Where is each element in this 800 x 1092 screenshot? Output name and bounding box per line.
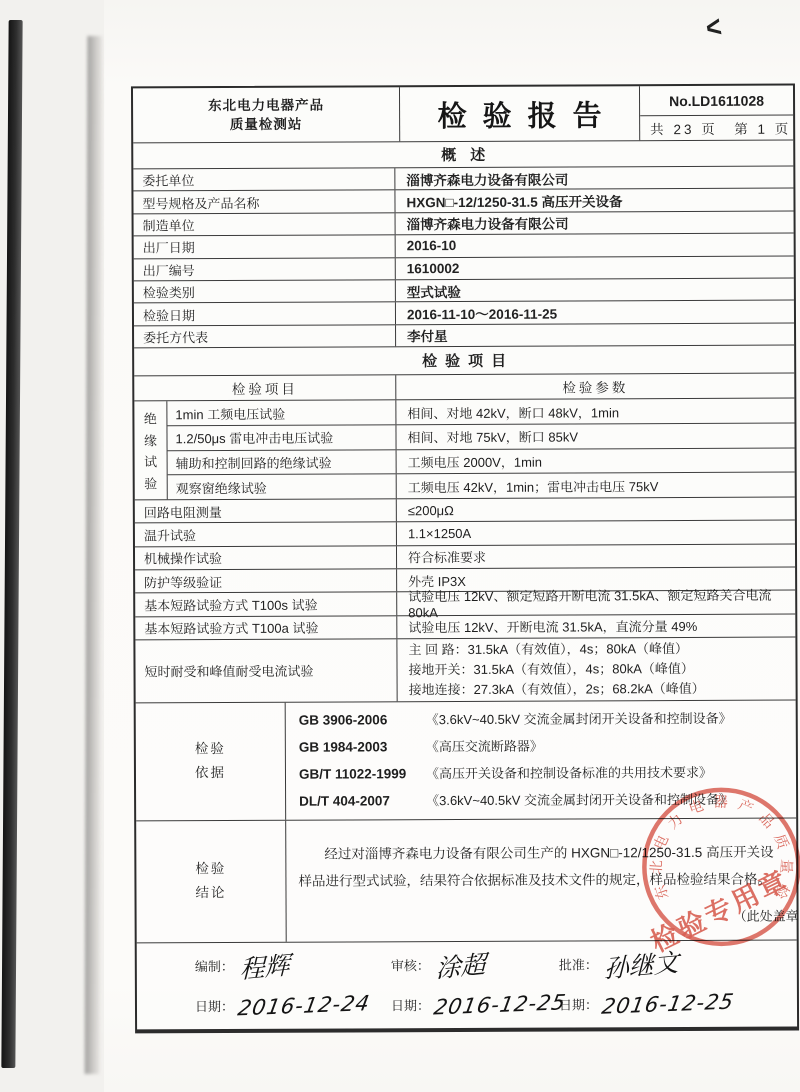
test-param: 相间、对地 75kV，断口 85kV [396,423,794,448]
standard-code: GB 3906-2006 [299,707,426,735]
signature-dates-line: 日期： 2016-12-24 日期： 2016-12-25 日期： 2016-1… [195,983,797,1026]
inspection-conclusion-row: 检验 结论 经过对淄博齐森电力设备有限公司生产的 HXGN□-12/1250-3… [136,818,797,943]
test-param: 相间、对地 42kV，断口 48kV，1min [396,399,794,424]
row-label: 检验类别 [134,280,396,303]
row-value: 型式试验 [396,278,794,301]
standard-entry: GB 1984-2003 《高压交流断路器》 [299,732,796,761]
report-number-block: No.LD1611028 共 23 页 第 1 页 [640,86,793,141]
inspection-basis-row: 检验 依据 GB 3906-2006 《3.6kV~40.5kV 交流金属封闭开… [136,700,797,821]
standard-entry: GB/T 11022-1999 《高压开关设备和控制设备标准的共用技术要求》 [299,759,796,788]
withstand-current-row: 短时耐受和峰值耐受电流试验 主 回 路：31.5kA（有效值），4s；80kA（… [135,637,795,703]
basis-label-line: 依据 [195,761,226,785]
prepared-date-value: 2016-12-24 [236,991,372,1020]
conclusion-label-line: 结论 [195,881,226,905]
table-row: 制造单位 淄博齐森电力设备有限公司 [134,211,794,236]
testing-station-name: 东北电力电器产品 质量检测站 [133,87,400,142]
report-sheet: 东北电力电器产品 质量检测站 检验报告 No.LD1611028 共 23 页 … [0,0,800,1092]
table-row: 1min 工频电压试验 相间、对地 42kV，断口 48kV，1min [167,399,794,426]
approved-date-value: 2016-12-25 [600,989,736,1018]
row-label: 出厂编号 [134,258,396,281]
param-line: 接地连接：27.3kA（有效值），2s；68.2kA（峰值） [409,679,705,700]
group-char: 验 [144,473,157,492]
standard-code: GB 1984-2003 [299,734,426,762]
stamp-here-note: （此处盖章 [734,902,799,929]
org-name-line1: 东北电力电器产品 [208,96,324,116]
signature-row: 编制： 程辉 审核： 涂超 批准： 孙继文 日期： 2016-12-24 [137,940,797,1029]
prepared-date: 日期： 2016-12-24 [195,993,391,1018]
conclusion-text: 经过对淄博齐森电力设备有限公司生产的 HXGN□-12/1250-31.5 高压… [286,818,797,941]
row-value: 2016-10 [396,234,794,257]
table-row: 回路电阻测量 ≤200μΩ [135,498,795,524]
insulation-rows: 1min 工频电压试验 相间、对地 42kV，断口 48kV，1min 1.2/… [167,399,794,500]
conclusion-line: 经过对淄博齐森电力设备有限公司生产的 HXGN□-12/1250-31.5 高压… [298,838,790,867]
test-item: 机械操作试验 [135,546,397,569]
reviewed-date: 日期： 2016-12-25 [391,992,559,1017]
table-row: 1.2/50μs 雷电冲击电压试验 相间、对地 75kV，断口 85kV [167,423,794,450]
group-char: 缘 [144,430,157,449]
section-title-items: 检验项目 [134,346,794,377]
row-label: 制造单位 [134,213,396,236]
basis-label-line: 检验 [195,737,226,761]
standard-title: 《3.6kV~40.5kV 交流金属封闭开关设备和控制设备》 [426,705,732,733]
table-row: 观察窗绝缘试验 工频电压 42kV，1min；雷电冲击电压 75kV [168,473,795,499]
test-param: 工频电压 42kV，1min；雷电冲击电压 75kV [397,473,795,498]
date-label: 日期： [195,996,234,1015]
param-line: 主 回 路：31.5kA（有效值），4s；80kA（峰值） [408,639,688,660]
standard-title: 《高压交流断路器》 [426,733,543,761]
reviewed-signature: 涂超 [436,945,486,986]
test-param: 符合标准要求 [397,544,795,568]
row-value: 淄博齐森电力设备有限公司 [396,211,794,234]
table-row: 基本短路试验方式 T100a 试验 试验电压 12kV、开断电流 31.5kA，… [135,614,795,640]
section-title-overview: 概述 [133,141,793,170]
table-row: 机械操作试验 符合标准要求 [135,544,795,570]
table-row: 型号规格及产品名称 HXGN□-12/1250-31.5 高压开关设备 [133,189,793,214]
prepared-label: 编制： [195,956,234,975]
column-header-param: 检验参数 [396,374,794,400]
items-column-header: 检验项目 检验参数 [134,374,794,402]
reviewed-by: 审核： 涂超 [391,946,559,983]
row-label: 委托单位 [133,168,395,191]
insulation-group-label: 绝 缘 试 验 [134,401,167,499]
prepared-signature: 程辉 [240,945,290,986]
approved-label: 批准： [559,955,598,974]
basis-label: 检验 依据 [136,703,287,821]
table-row: 检验日期 2016-11-10～2016-11-25 [134,301,794,326]
date-label: 日期： [391,996,430,1015]
conclusion-label-line: 检验 [195,857,226,881]
test-item: 温升试验 [135,523,397,546]
row-value: 李付星 [396,323,794,346]
report-title: 检验报告 [400,86,640,141]
reviewed-label: 审核： [391,956,430,975]
table-header-row: 东北电力电器产品 质量检测站 检验报告 No.LD1611028 共 23 页 … [133,86,793,144]
table-row: 出厂日期 2016-10 [134,234,794,259]
row-label: 型号规格及产品名称 [133,191,395,214]
test-param: ≤200μΩ [397,498,795,522]
standard-code: GB/T 11022-1999 [299,761,426,789]
test-item: 防护等级验证 [135,569,397,592]
test-item: 观察窗绝缘试验 [168,475,397,500]
approved-signature: 孙继文 [604,943,679,986]
standard-title: 《3.6kV~40.5kV 交流金属封闭开关设备和控制设备》 [426,786,732,814]
row-label: 委托方代表 [134,325,396,348]
table-row: 检验类别 型式试验 [134,278,794,303]
row-label: 出厂日期 [134,235,396,258]
insulation-test-block: 绝 缘 试 验 1min 工频电压试验 相间、对地 42kV，断口 48kV，1… [134,399,794,501]
conclusion-line: 样品进行型式试验，结果符合依据标准及技术文件的规定，样品检验结果合格。 [298,865,790,894]
basis-standards-list: GB 3906-2006 《3.6kV~40.5kV 交流金属封闭开关设备和控制… [286,700,797,819]
org-name-line2: 质量检测站 [230,115,303,134]
test-param: 试验电压 12kV、额定短路开断电流 31.5kA、额定短路关合电流 80kA [397,591,795,615]
table-row: 辅助和控制回路的绝缘试验 工频电压 2000V，1min [168,448,795,475]
table-row: 委托方代表 李付星 [134,323,794,348]
report-number: No.LD1611028 [640,86,793,117]
test-item: 短时耐受和峰值耐受电流试验 [135,639,397,702]
test-item: 1.2/50μs 雷电冲击电压试验 [167,425,396,450]
group-char: 绝 [144,409,157,428]
standard-entry: DL/T 404-2007 《3.6kV~40.5kV 交流金属封闭开关设备和控… [299,786,796,815]
table-row: 温升试验 1.1×1250A [135,521,795,547]
report-table: 东北电力电器产品 质量检测站 检验报告 No.LD1611028 共 23 页 … [131,84,799,1034]
standard-code: DL/T 404-2007 [299,788,426,816]
test-param: 工频电压 2000V，1min [397,448,795,473]
table-row: 委托单位 淄博齐森电力设备有限公司 [133,167,793,192]
test-param: 试验电压 12kV、开断电流 31.5kA，直流分量 49% [397,614,795,638]
row-value: HXGN□-12/1250-31.5 高压开关设备 [395,189,793,212]
test-item: 1min 工频电压试验 [167,400,396,425]
test-item: 回路电阻测量 [135,499,397,522]
prepared-by: 编制： 程辉 [195,947,391,984]
standard-entry: GB 3906-2006 《3.6kV~40.5kV 交流金属封闭开关设备和控制… [299,705,796,734]
test-item: 基本短路试验方式 T100s 试验 [135,593,397,616]
approved-date: 日期： 2016-12-25 [559,991,797,1016]
table-row: 出厂编号 1610002 [134,256,794,281]
reviewed-date-value: 2016-12-25 [432,990,568,1019]
signature-names-line: 编制： 程辉 审核： 涂超 批准： 孙继文 [195,943,797,986]
approved-by: 批准： 孙继文 [559,945,797,982]
conclusion-label: 检验 结论 [136,821,287,943]
row-value: 淄博齐森电力设备有限公司 [395,167,793,190]
test-param: 1.1×1250A [397,521,795,545]
column-header-item: 检验项目 [134,375,396,400]
pagination: 共 23 页 第 1 页 [640,116,793,140]
row-value: 2016-11-10～2016-11-25 [396,301,794,324]
table-row: 基本短路试验方式 T100s 试验 试验电压 12kV、额定短路开断电流 31.… [135,591,795,617]
group-char: 试 [144,452,157,471]
test-item: 辅助和控制回路的绝缘试验 [168,450,397,475]
test-param-multiline: 主 回 路：31.5kA（有效值），4s；80kA（峰值） 接地开关：31.5k… [397,637,795,701]
row-label: 检验日期 [134,303,396,326]
test-item: 基本短路试验方式 T100a 试验 [135,616,397,639]
standard-title: 《高压开关设备和控制设备标准的共用技术要求》 [426,759,712,787]
param-line: 接地开关：31.5kA（有效值），4s；80kA（峰值） [408,659,693,680]
row-value: 1610002 [396,256,794,279]
